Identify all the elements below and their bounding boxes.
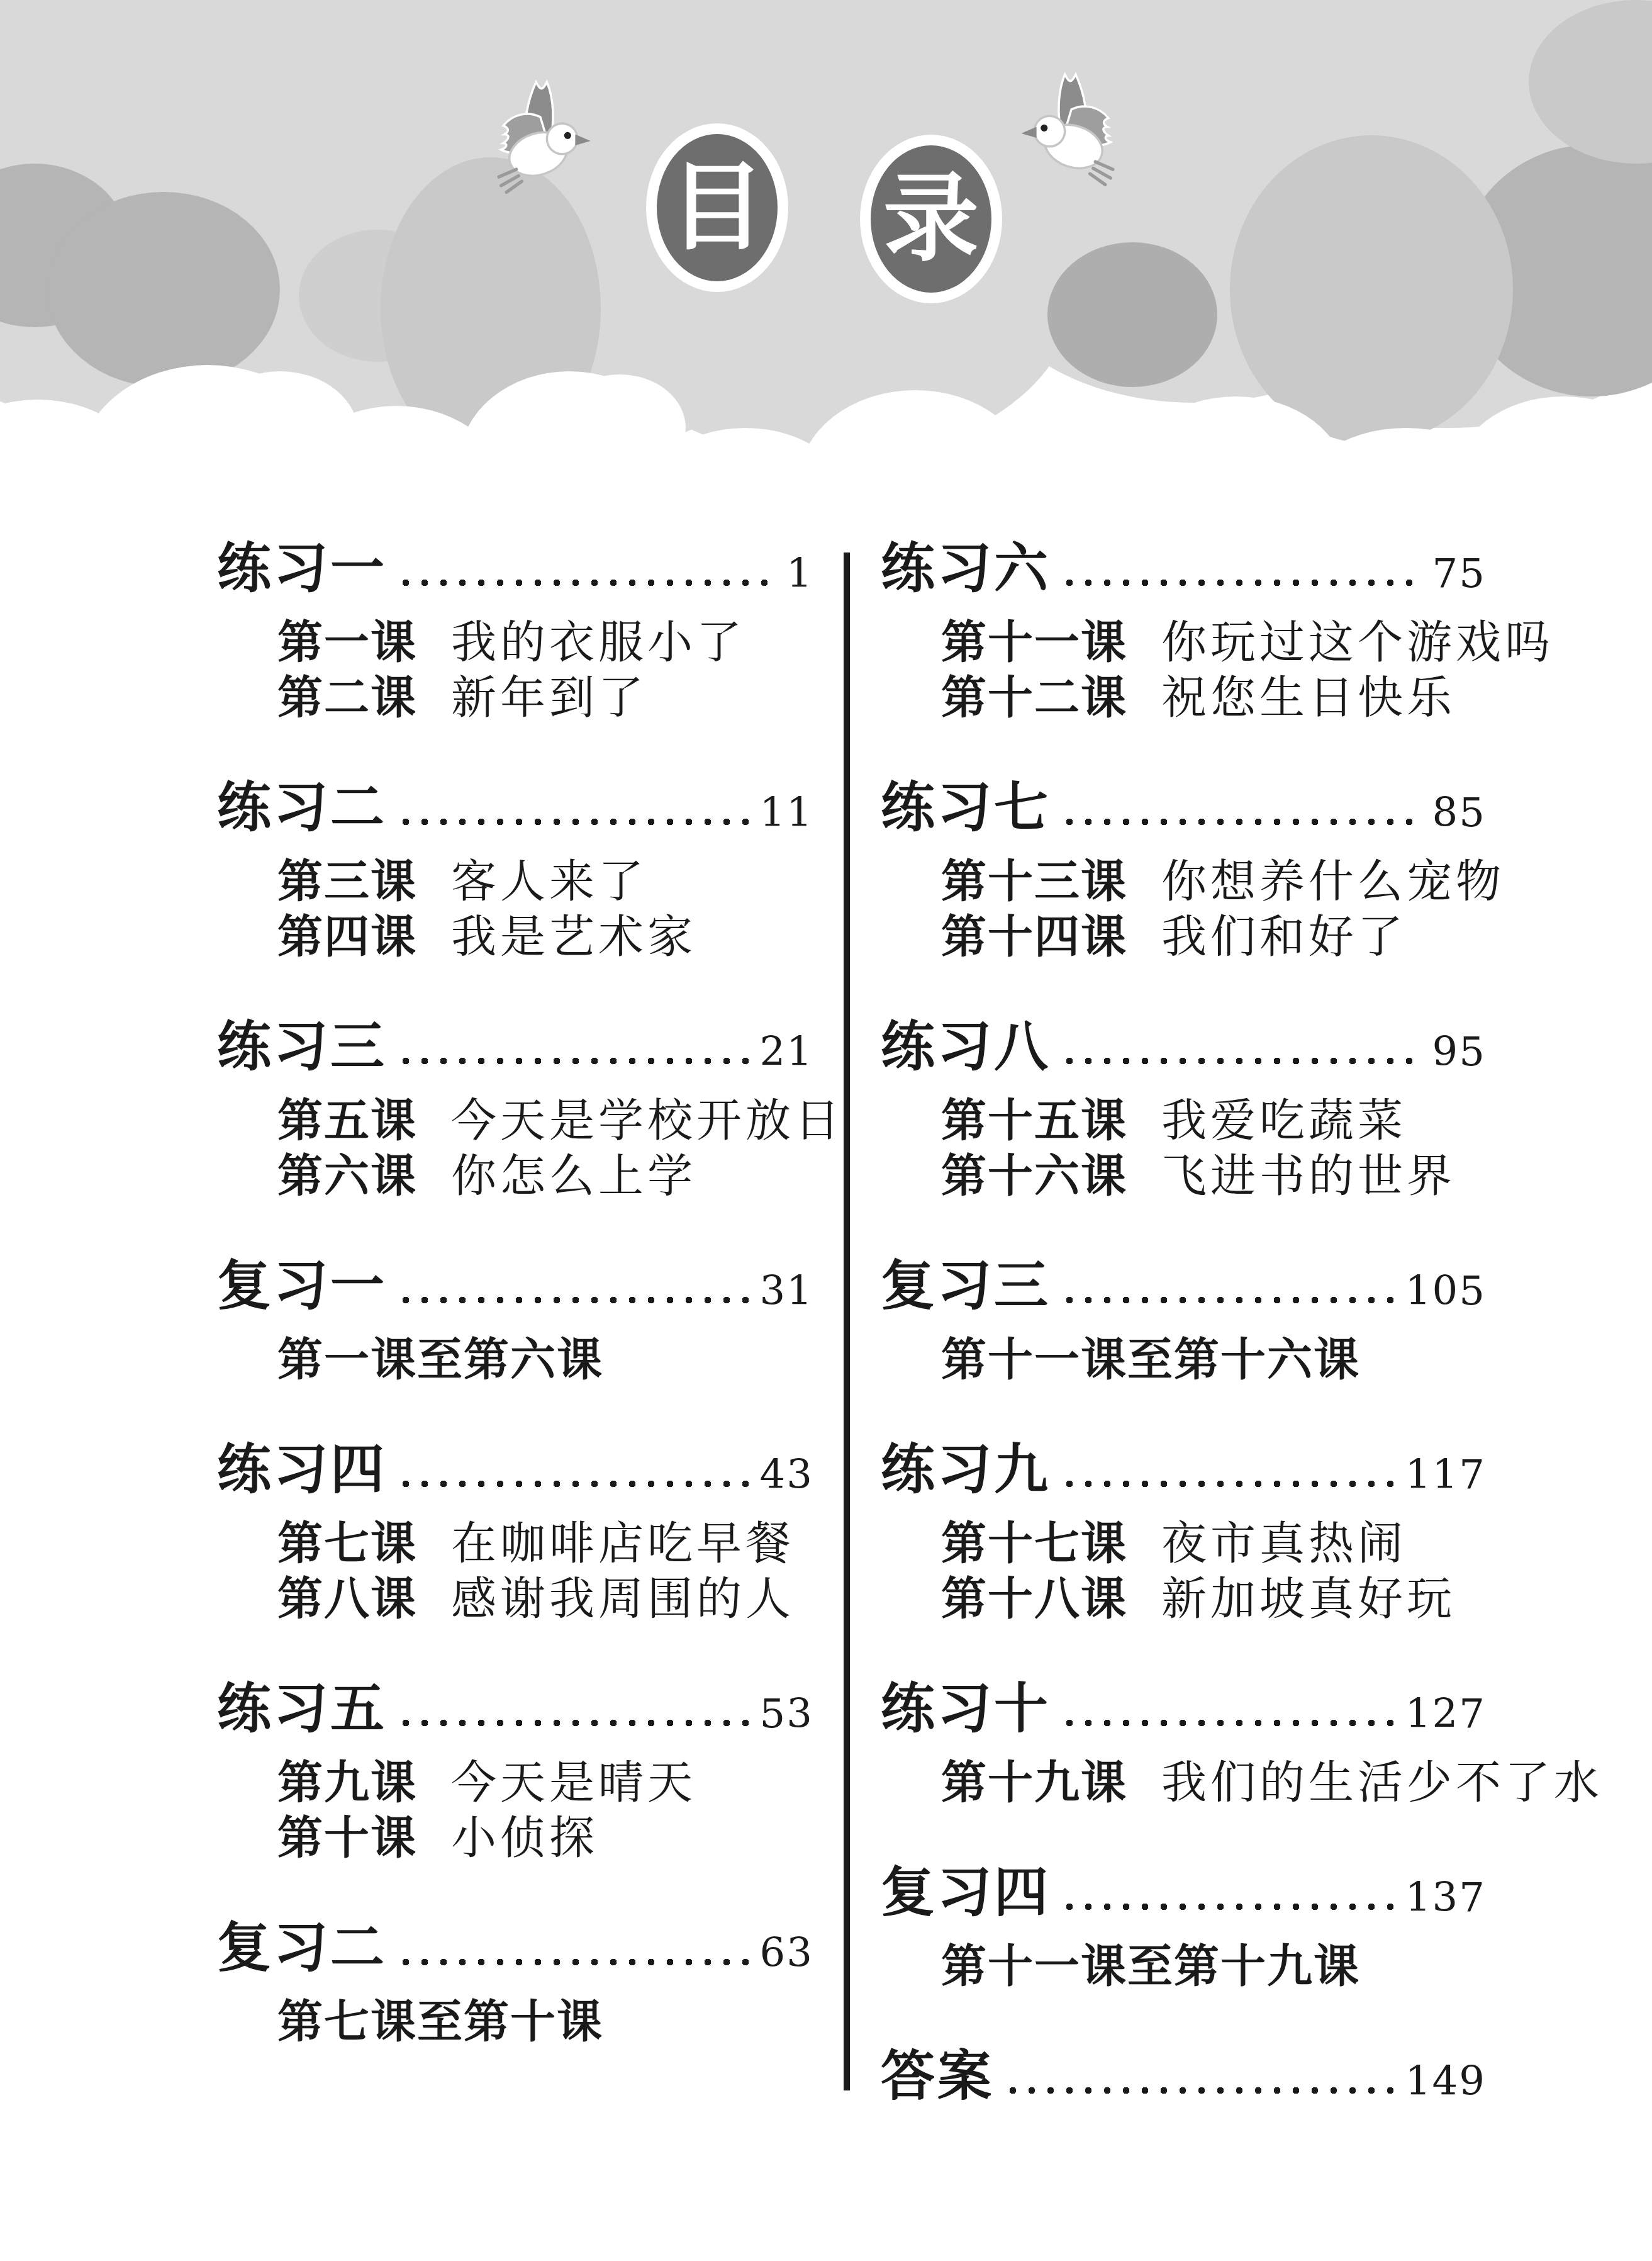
section-page-number: 117 xyxy=(1405,1455,1486,1495)
lesson-title: 小侦探 xyxy=(451,1810,598,1865)
dot-leader xyxy=(401,1715,751,1731)
dot-leader xyxy=(1064,1053,1424,1069)
lesson-title: 夜市真热闹 xyxy=(1161,1515,1407,1571)
toc-section-row: 练习九117 xyxy=(881,1437,1486,1503)
section-page-number: 1 xyxy=(786,554,813,594)
toc-page: 目 录 xyxy=(0,0,1652,2261)
lesson-number: 第七课 xyxy=(277,1515,417,1571)
section-label: 练习三 xyxy=(217,1014,387,1080)
toc-section: 练习七85第十三课你想养什么宠物第十四课我们和好了 xyxy=(881,775,1486,964)
section-page-number: 127 xyxy=(1405,1694,1486,1734)
lesson-row: 第十六课飞进书的世界 xyxy=(881,1148,1486,1203)
lesson-row: 第十一课你玩过这个游戏吗 xyxy=(881,614,1486,670)
lesson-number: 第三课 xyxy=(277,853,417,909)
section-label: 练习五 xyxy=(217,1676,387,1742)
lesson-row: 第二课新年到了 xyxy=(217,670,813,725)
lesson-row: 第十课小侦探 xyxy=(217,1810,813,1865)
lesson-row: 第十九课我们的生活少不了水 xyxy=(881,1754,1486,1810)
section-label: 练习九 xyxy=(881,1437,1051,1503)
lesson-number: 第一课至第六课 xyxy=(277,1332,603,1387)
bird-icon xyxy=(471,76,601,206)
toc-section-row: 练习二11 xyxy=(217,775,813,841)
lesson-title: 我是艺术家 xyxy=(451,909,696,964)
toc-section-row: 练习八95 xyxy=(881,1014,1486,1080)
lesson-number: 第七课至第十课 xyxy=(277,1994,603,2049)
section-page-number: 31 xyxy=(760,1271,813,1311)
page-title-char: 录 xyxy=(883,171,979,267)
lesson-number: 第十七课 xyxy=(941,1515,1127,1571)
lesson-row: 第十二课祝您生日快乐 xyxy=(881,670,1486,725)
lesson-number: 第十二课 xyxy=(941,670,1127,725)
lesson-number: 第四课 xyxy=(277,909,417,964)
dot-leader xyxy=(1064,1715,1397,1731)
section-page-number: 11 xyxy=(760,793,813,833)
lesson-title: 我们和好了 xyxy=(1161,909,1407,964)
toc-section-row: 练习四43 xyxy=(217,1437,813,1503)
lesson-number: 第十一课 xyxy=(941,614,1127,670)
column-divider xyxy=(844,553,850,2090)
toc-section: 练习五53第九课今天是晴天第十课小侦探 xyxy=(217,1676,813,1865)
lesson-title: 你想养什么宠物 xyxy=(1161,853,1505,909)
toc-section: 复习四137第十一课至第十九课 xyxy=(881,1860,1486,1994)
dot-leader xyxy=(1064,1899,1397,1914)
section-page-number: 85 xyxy=(1432,793,1486,833)
lesson-number: 第九课 xyxy=(277,1754,417,1810)
toc-section: 练习十127第十九课我们的生活少不了水 xyxy=(881,1676,1486,1810)
cloud-shape xyxy=(0,0,1652,535)
toc-section: 练习一1第一课我的衣服小了第二课新年到了 xyxy=(217,536,813,725)
lesson-row: 第五课今天是学校开放日 xyxy=(217,1092,813,1148)
toc-section-row: 练习五53 xyxy=(217,1676,813,1742)
section-page-number: 105 xyxy=(1405,1271,1486,1311)
dot-leader xyxy=(401,1955,751,1970)
dot-leader xyxy=(1064,814,1424,829)
lesson-number: 第十六课 xyxy=(941,1148,1127,1203)
lesson-number: 第十四课 xyxy=(941,909,1127,964)
dot-leader xyxy=(1008,2083,1397,2098)
lesson-title: 你怎么上学 xyxy=(451,1148,696,1203)
section-label: 复习四 xyxy=(881,1860,1051,1926)
toc-section: 练习三21第五课今天是学校开放日第六课你怎么上学 xyxy=(217,1014,813,1203)
lesson-number: 第五课 xyxy=(277,1092,417,1148)
lesson-title: 你玩过这个游戏吗 xyxy=(1161,614,1554,670)
section-page-number: 21 xyxy=(760,1032,813,1072)
section-page-number: 53 xyxy=(760,1694,813,1734)
section-page-number: 95 xyxy=(1432,1032,1486,1072)
lesson-row: 第六课你怎么上学 xyxy=(217,1148,813,1203)
clouds-banner xyxy=(0,0,1652,535)
section-label: 答案 xyxy=(881,2044,994,2109)
lesson-title: 新年到了 xyxy=(451,670,647,725)
lesson-title: 我的衣服小了 xyxy=(451,614,745,670)
lesson-number: 第十课 xyxy=(277,1810,417,1865)
lesson-row: 第七课至第十课 xyxy=(217,1994,813,2049)
lesson-row: 第八课感谢我周围的人 xyxy=(217,1571,813,1626)
section-page-number: 75 xyxy=(1432,554,1486,594)
toc-section-row: 练习六75 xyxy=(881,536,1486,602)
toc-column-left: 练习一1第一课我的衣服小了第二课新年到了练习二11第三课客人来了第四课我是艺术家… xyxy=(217,536,813,2099)
lesson-title: 感谢我周围的人 xyxy=(451,1571,795,1626)
section-label: 练习十 xyxy=(881,1676,1051,1742)
toc-section: 练习九117第十七课夜市真热闹第十八课新加坡真好玩 xyxy=(881,1437,1486,1626)
toc-section: 练习六75第十一课你玩过这个游戏吗第十二课祝您生日快乐 xyxy=(881,536,1486,725)
section-label: 练习六 xyxy=(881,536,1051,602)
dot-leader xyxy=(401,814,751,829)
lesson-number: 第八课 xyxy=(277,1571,417,1626)
toc-section-row: 复习三105 xyxy=(881,1254,1486,1319)
toc-section-row: 练习三21 xyxy=(217,1014,813,1080)
lesson-row: 第十一课至第十六课 xyxy=(881,1332,1486,1387)
section-label: 复习二 xyxy=(217,1916,387,1981)
lesson-row: 第三课客人来了 xyxy=(217,853,813,909)
lesson-row: 第十三课你想养什么宠物 xyxy=(881,853,1486,909)
section-label: 练习八 xyxy=(881,1014,1051,1080)
lesson-title: 我们的生活少不了水 xyxy=(1161,1754,1603,1810)
bird-icon xyxy=(1010,68,1141,199)
lesson-title: 客人来了 xyxy=(451,853,647,909)
title-badge-mu: 目 xyxy=(646,123,788,292)
lesson-title: 飞进书的世界 xyxy=(1161,1148,1456,1203)
dot-leader xyxy=(401,1053,751,1069)
toc-section-row: 复习二63 xyxy=(217,1916,813,1981)
lesson-title: 新加坡真好玩 xyxy=(1161,1571,1456,1626)
toc-section-row: 练习十127 xyxy=(881,1676,1486,1742)
lesson-title: 在咖啡店吃早餐 xyxy=(451,1515,795,1571)
dot-leader xyxy=(401,1293,751,1308)
lesson-title: 今天是晴天 xyxy=(451,1754,696,1810)
lesson-row: 第四课我是艺术家 xyxy=(217,909,813,964)
toc-section-row: 练习七85 xyxy=(881,775,1486,841)
lesson-number: 第十八课 xyxy=(941,1571,1127,1626)
title-badge-lu: 录 xyxy=(860,135,1002,303)
lesson-number: 第十一课至第十六课 xyxy=(941,1332,1360,1387)
dot-leader xyxy=(1064,1476,1397,1491)
section-label: 练习一 xyxy=(217,536,387,602)
section-page-number: 43 xyxy=(760,1455,813,1495)
lesson-number: 第一课 xyxy=(277,614,417,670)
section-page-number: 63 xyxy=(760,1933,813,1973)
section-label: 练习七 xyxy=(881,775,1051,841)
lesson-title: 我爱吃蔬菜 xyxy=(1161,1092,1407,1148)
toc-section-row: 复习四137 xyxy=(881,1860,1486,1926)
toc-section: 复习一31第一课至第六课 xyxy=(217,1254,813,1387)
lesson-row: 第一课我的衣服小了 xyxy=(217,614,813,670)
section-page-number: 149 xyxy=(1405,2062,1486,2102)
lesson-number: 第十三课 xyxy=(941,853,1127,909)
lesson-number: 第十一课至第十九课 xyxy=(941,1938,1360,1994)
toc-section-row: 复习一31 xyxy=(217,1254,813,1319)
dot-leader xyxy=(1064,1293,1397,1308)
lesson-row: 第一课至第六课 xyxy=(217,1332,813,1387)
lesson-row: 第十七课夜市真热闹 xyxy=(881,1515,1486,1571)
toc-column-right: 练习六75第十一课你玩过这个游戏吗第十二课祝您生日快乐练习七85第十三课你想养什… xyxy=(881,536,1486,2160)
lesson-row: 第十四课我们和好了 xyxy=(881,909,1486,964)
section-page-number: 137 xyxy=(1405,1878,1486,1918)
toc-section-row: 答案149 xyxy=(881,2044,1486,2109)
toc-section-row: 练习一1 xyxy=(217,536,813,602)
lesson-row: 第十八课新加坡真好玩 xyxy=(881,1571,1486,1626)
dot-leader xyxy=(401,575,778,590)
page-title-char: 目 xyxy=(669,160,765,255)
section-label: 复习三 xyxy=(881,1254,1051,1319)
dot-leader xyxy=(1064,575,1424,590)
toc-section: 答案149 xyxy=(881,2044,1486,2109)
section-label: 复习一 xyxy=(217,1254,387,1319)
lesson-title: 今天是学校开放日 xyxy=(451,1092,844,1148)
toc-section: 练习二11第三课客人来了第四课我是艺术家 xyxy=(217,775,813,964)
lesson-title: 祝您生日快乐 xyxy=(1161,670,1456,725)
toc-section: 练习八95第十五课我爱吃蔬菜第十六课飞进书的世界 xyxy=(881,1014,1486,1203)
toc-section: 复习三105第十一课至第十六课 xyxy=(881,1254,1486,1387)
lesson-number: 第六课 xyxy=(277,1148,417,1203)
lesson-row: 第十一课至第十九课 xyxy=(881,1938,1486,1994)
lesson-row: 第七课在咖啡店吃早餐 xyxy=(217,1515,813,1571)
section-label: 练习四 xyxy=(217,1437,387,1503)
section-label: 练习二 xyxy=(217,775,387,841)
lesson-number: 第二课 xyxy=(277,670,417,725)
lesson-row: 第九课今天是晴天 xyxy=(217,1754,813,1810)
lesson-number: 第十五课 xyxy=(941,1092,1127,1148)
dot-leader xyxy=(401,1476,751,1491)
lesson-number: 第十九课 xyxy=(941,1754,1127,1810)
toc-section: 练习四43第七课在咖啡店吃早餐第八课感谢我周围的人 xyxy=(217,1437,813,1626)
lesson-row: 第十五课我爱吃蔬菜 xyxy=(881,1092,1486,1148)
toc-section: 复习二63第七课至第十课 xyxy=(217,1916,813,2049)
